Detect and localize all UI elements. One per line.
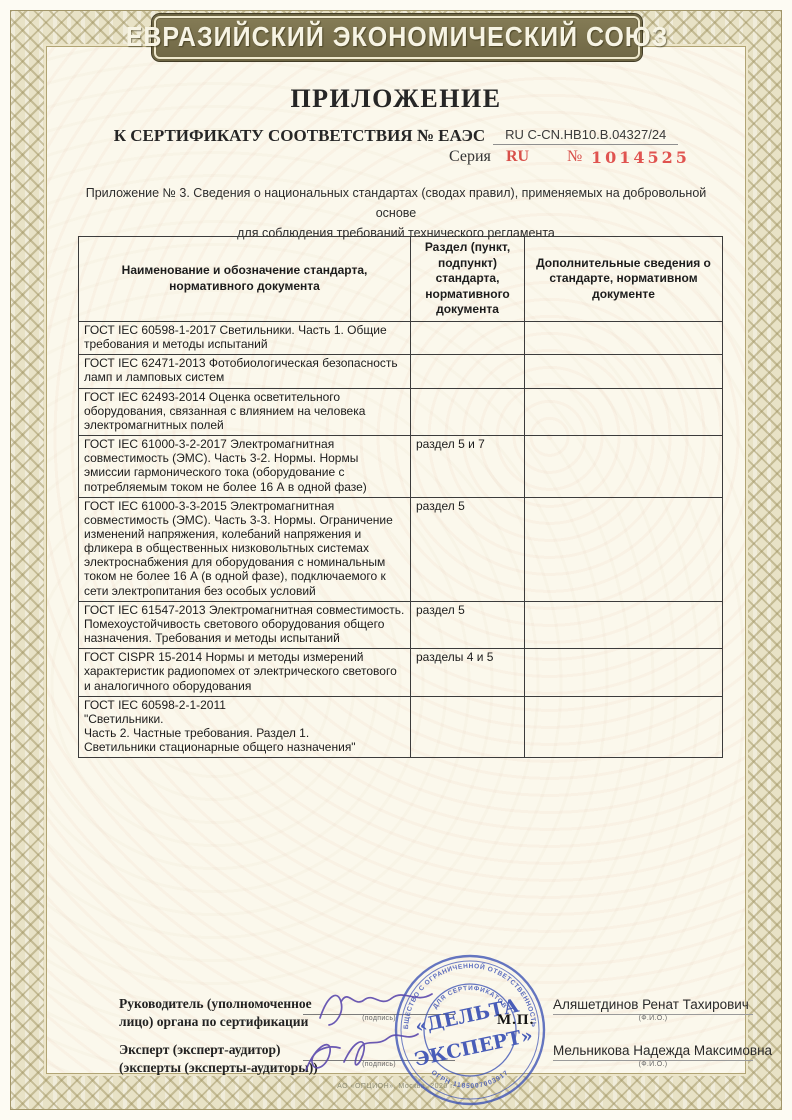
info-cell — [525, 436, 723, 498]
table-row: ГОСТ IEC 62471-2013 Фотобиологическая бе… — [79, 355, 723, 388]
table-row: ГОСТ IEC 61547-2013 Электромагнитная сов… — [79, 601, 723, 648]
standard-name-cell: ГОСТ IEC 60598-1-2017 Светильники. Часть… — [79, 321, 411, 354]
serial-number: 1014525 — [591, 148, 690, 167]
appendix-subtitle: Приложение № 3. Сведения о национальных … — [71, 183, 721, 243]
page-title: ПРИЛОЖЕНИЕ — [0, 84, 792, 114]
standard-name-cell: ГОСТ CISPR 15-2014 Нормы и методы измере… — [79, 649, 411, 696]
section-cell — [411, 321, 525, 354]
table-row: ГОСТ CISPR 15-2014 Нормы и методы измере… — [79, 649, 723, 696]
certificate-appendix-page: ЕВРАЗИЙСКИЙ ЭКОНОМИЧЕСКИЙ СОЮЗ ПРИЛОЖЕНИ… — [0, 0, 792, 1120]
standard-name-cell: ГОСТ IEC 62471-2013 Фотобиологическая бе… — [79, 355, 411, 388]
certificate-number: RU C-CN.НВ10.В.04327/24 — [493, 127, 678, 145]
table-row: ГОСТ IEC 60598-1-2017 Светильники. Часть… — [79, 321, 723, 354]
standard-name-cell: ГОСТ IEC 61547-2013 Электромагнитная сов… — [79, 601, 411, 648]
fio-caption: (Ф.И.О.) — [553, 1015, 753, 1022]
standard-name-cell: ГОСТ IEC 62493-2014 Оценка осветительног… — [79, 388, 411, 435]
expert-full-name: Мельникова Надежда Максимовна — [553, 1043, 753, 1061]
section-cell: разделы 4 и 5 — [411, 649, 525, 696]
header-additional-info: Дополнительные сведения о стандарте, нор… — [525, 237, 723, 322]
section-cell: раздел 5 и 7 — [411, 436, 525, 498]
section-cell — [411, 355, 525, 388]
info-cell — [525, 601, 723, 648]
table-row: ГОСТ IEC 61000-3-2-2017 Электромагнитная… — [79, 436, 723, 498]
table-row: ГОСТ IEC 62493-2014 Оценка осветительног… — [79, 388, 723, 435]
section-cell — [411, 696, 525, 758]
series-value: RU — [506, 148, 529, 166]
table-header-row: Наименование и обозначение стандарта, но… — [79, 237, 723, 322]
appendix-subtitle-line1: Приложение № 3. Сведения о национальных … — [71, 183, 721, 223]
info-cell — [525, 355, 723, 388]
head-full-name: Аляшетдинов Ренат Тахирович — [553, 997, 753, 1015]
certificate-line: К СЕРТИФИКАТУ СООТВЕТСТВИЯ № ЕАЭСRU C-CN… — [0, 126, 792, 146]
info-cell — [525, 388, 723, 435]
series-label: Серия — [449, 148, 491, 166]
expert-name-block: Мельникова Надежда Максимовна (Ф.И.О.) — [553, 1043, 753, 1068]
standard-name-cell: ГОСТ IEC 60598-2-1-2011 "Светильники. Ча… — [79, 696, 411, 758]
info-cell — [525, 696, 723, 758]
eaeu-header-banner: ЕВРАЗИЙСКИЙ ЭКОНОМИЧЕСКИЙ СОЮЗ — [151, 13, 643, 62]
section-cell: раздел 5 — [411, 601, 525, 648]
standard-name-cell: ГОСТ IEC 61000-3-3-2015 Электромагнитная… — [79, 497, 411, 601]
certificate-label: К СЕРТИФИКАТУ СООТВЕТСТВИЯ № ЕАЭС — [114, 126, 485, 145]
head-name-block: Аляшетдинов Ренат Тахирович (Ф.И.О.) — [553, 997, 753, 1022]
stamp-place-mark: М.П. — [497, 1012, 534, 1029]
table-row: ГОСТ IEC 61000-3-3-2015 Электромагнитная… — [79, 497, 723, 601]
standard-name-cell: ГОСТ IEC 61000-3-2-2017 Электромагнитная… — [79, 436, 411, 498]
standards-table: Наименование и обозначение стандарта, но… — [78, 236, 723, 758]
header-standard-name: Наименование и обозначение стандарта, но… — [79, 237, 411, 322]
section-cell: раздел 5 — [411, 497, 525, 601]
table-row: ГОСТ IEC 60598-2-1-2011 "Светильники. Ча… — [79, 696, 723, 758]
eaeu-banner-title: ЕВРАЗИЙСКИЙ ЭКОНОМИЧЕСКИЙ СОЮЗ — [126, 21, 669, 53]
header-section: Раздел (пункт, подпункт) стандарта, норм… — [411, 237, 525, 322]
fio-caption: (Ф.И.О.) — [553, 1061, 753, 1068]
handwritten-signatures-ink — [292, 978, 522, 1088]
info-cell — [525, 649, 723, 696]
section-cell — [411, 388, 525, 435]
number-sign: № — [567, 148, 582, 166]
info-cell — [525, 497, 723, 601]
info-cell — [525, 321, 723, 354]
series-line: Серия RU № 1014525 — [0, 148, 792, 172]
